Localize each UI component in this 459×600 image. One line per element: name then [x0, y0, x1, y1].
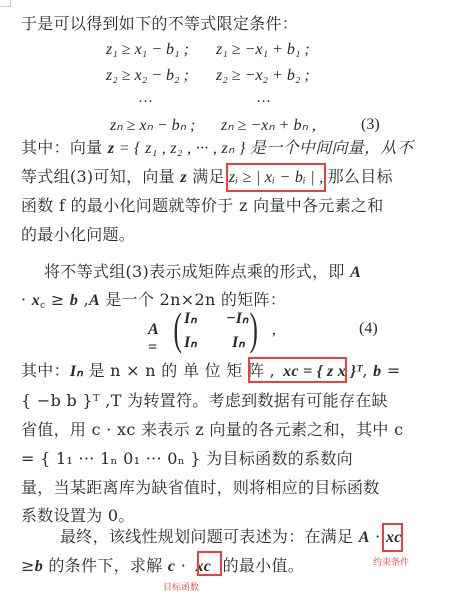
para3-line3: 省值，用 c · xc 来表示 z 向量的各元素之和，其中 c [21, 420, 403, 440]
objective-label: 目标函数 [163, 580, 199, 593]
para2-text: 是一个 2n×2n 的矩阵： [100, 290, 286, 309]
constraint-label: 约束条件 [373, 555, 409, 568]
intro-text: 于是可以得到如下的不等式限定条件： [21, 14, 298, 34]
para1-line3: 函数 f 的最小化问题就等价于 z 向量中各元素之和 [21, 196, 384, 216]
highlight-box-condition [226, 163, 326, 192]
matrix-comma: , [272, 321, 276, 339]
inequality-right-1: z₁ ≥ −x₁ + b₁ ; [216, 40, 310, 60]
inequality-left-2: z₂ ≥ x₂ − b₂ ; [106, 66, 189, 86]
para3-text: 是 n × n 的 单 位 矩 阵 , [83, 361, 275, 380]
para1-line2: 等式组(3)可知，向量 z 满足zᵢ ≥ | xᵢ − bᵢ | ,那么目标 [21, 167, 393, 188]
inequality-right-n: zₙ ≥ −xₙ + bₙ , [221, 116, 316, 136]
inequality-ellipsis-left: … [138, 88, 153, 108]
geq-operator: ≥ [21, 556, 35, 575]
left-paren-icon: ( [173, 306, 181, 352]
vector-xc: x [32, 292, 40, 309]
para4-text: 的最小值。 [217, 556, 304, 575]
para1-text: 其中：向量 [21, 138, 108, 157]
geq-operator: ≥ [45, 290, 69, 309]
matrix-cell-11: Iₙ [184, 308, 197, 328]
highlight-box-xc-definition [248, 357, 347, 383]
para1-text: 等式组(3)可知，向量 [21, 167, 180, 186]
para1-text: = { z₁ , z₂ , ··· , zₙ } 是一个中间向量，从不 [114, 140, 413, 157]
matrix-cell-22: Iₙ [232, 332, 245, 352]
para1-line4: 的最小化问题。 [21, 225, 135, 245]
comma: , [78, 290, 89, 309]
para3-line4: = { 1₁ ··· 1ₙ 0₁ ··· 0ₙ } 为目标函数的系数向 [21, 449, 353, 469]
matrix-cell-12: −Iₙ [226, 308, 248, 328]
para2-text: 将不等式组(3)表示成矩阵点乘的形式，即 [44, 262, 350, 281]
para3-line2: { −b b }ᵀ ,T 为转置符。考虑到数据有可能存在缺 [21, 391, 388, 411]
highlight-box-objective [197, 551, 222, 576]
dot-operator: · [175, 556, 191, 575]
right-paren-icon: ) [249, 306, 257, 352]
para1-text: 满足 [187, 167, 225, 186]
equals: = [381, 361, 400, 380]
highlight-box-constraint [382, 523, 403, 552]
matrix-A-symbol: A [359, 529, 370, 546]
inequality-right-2: z₂ ≥ −x₂ + b₂ ; [216, 66, 310, 86]
para3-line6: 系数设置为 0。 [21, 506, 135, 526]
para4-text: 最终，该线性规划问题可表述为：在满足 [60, 527, 359, 546]
matrix-A-symbol: A [350, 264, 361, 281]
equation-number-3: (3) [361, 116, 380, 134]
page-corner-mark [0, 0, 11, 7]
para3-text: 其中： [21, 361, 70, 380]
matrix-lhs: A = [148, 321, 158, 357]
comma: , [362, 361, 373, 380]
inequality-left-1: z₁ ≥ x₁ − b₁ ; [106, 40, 189, 60]
vector-b: b [70, 292, 78, 309]
para3-line5: 量，当某距离库为缺省值时，则将相应的目标函数 [21, 478, 380, 498]
inequality-ellipsis-right: … [256, 88, 271, 108]
para4-line2: ≥b 的条件下，求解 c · xc 的最小值。 [21, 556, 304, 577]
para1-line1: 其中：向量 z = { z₁ , z₂ , ··· , zₙ } 是一个中间向量… [21, 138, 413, 159]
para4-line1: 最终，该线性规划问题可表述为：在满足 A · xc [60, 527, 402, 548]
dot-operator: · [21, 290, 32, 309]
para2-line1: 将不等式组(3)表示成矩阵点乘的形式，即 A [44, 262, 361, 283]
para4-text: 的条件下，求解 [43, 556, 168, 575]
inequality-left-n: zₙ ≥ xₙ − bₙ ; [110, 116, 195, 136]
identity-matrix: Iₙ [70, 363, 83, 380]
matrix-A-symbol: A [89, 292, 100, 309]
equation-number-4: (4) [359, 320, 378, 338]
vector-b: b [35, 558, 43, 575]
matrix-cell-21: Iₙ [184, 332, 197, 352]
para1-text: 那么目标 [328, 167, 393, 186]
